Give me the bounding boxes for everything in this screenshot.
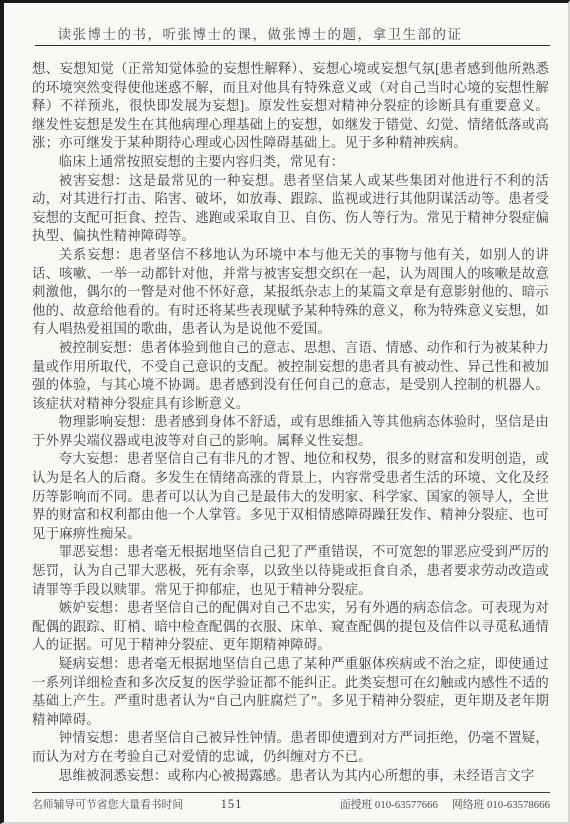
footer: 名师辅导可节省您大量看书时间 151 面授班 010-63577666 网络班 … [32, 797, 550, 812]
body-text: 想、妄想知觉（正常知觉体验的妄想性解释）、妄想心境或妄想气氛[患者感到他所熟悉的… [32, 60, 549, 785]
paragraph: 疑病妄想：患者毫无根据地坚信自己患了某种严重躯体疾病或不治之症，即使通过一系列详… [32, 655, 549, 729]
footer-contact-inperson: 面授班 010-63577666 [340, 797, 438, 812]
paragraph: 思维被洞悉妄想：或称内心被揭露感。患者认为其内心所想的事，未经语言文字 [32, 767, 549, 786]
paragraph: 临床上通常按照妄想的主要内容归类，常见有： [32, 153, 549, 172]
footer-left-note: 名师辅导可节省您大量看书时间 [32, 797, 183, 812]
paragraph: 罪恶妄想：患者毫无根据地坚信自己犯了严重错误，不可宽恕的罪恶应受到严厉的惩罚，认… [32, 543, 549, 599]
header-rule-divider [35, 45, 550, 46]
header-slogan: 读张博士的书，听张博士的课，做张博士的题，拿卫生部的证 [0, 23, 542, 43]
page-number: 151 [221, 797, 243, 812]
paragraph: 物理影响妄想：患者感到身体不舒适，或有思维插入等其他病态体验时，坚信是由于外界尖… [32, 413, 549, 450]
paragraph: 夸大妄想：患者坚信自己有非凡的才智、地位和权势，很多的财富和发明创造，或认为是名… [32, 450, 549, 543]
paragraph: 钟情妄想：患者坚信自己被异性钟情。患者即使遭到对方严词拒绝，仍毫不置疑，而认为对… [32, 729, 549, 766]
paragraph: 嫉妒妄想：患者坚信自己的配偶对自己不忠实，另有外遇的病态信念。可表现为对配偶的跟… [32, 599, 549, 655]
footer-rule-divider [32, 792, 550, 793]
paragraph: 被害妄想：这是最常见的一种妄想。患者坚信某人或某些集团对他进行不利的活动，对其进… [32, 172, 549, 246]
paragraph: 关系妄想：患者坚信不移地认为环境中本与他无关的事物与他有关，如别人的讲话、咳嗽、… [32, 246, 549, 339]
scanned-book-page: 读张博士的书，听张博士的课，做张博士的题，拿卫生部的证 想、妄想知觉（正常知觉体… [0, 0, 570, 824]
paragraph: 被控制妄想：患者体验到他自己的意志、思想、言语、情感、动作和行为被某种力量或作用… [32, 339, 549, 413]
footer-contacts: 面授班 010-63577666 网络班 010-63578666 [340, 797, 550, 812]
paragraph: 想、妄想知觉（正常知觉体验的妄想性解释）、妄想心境或妄想气氛[患者感到他所熟悉的… [32, 60, 549, 153]
footer-contact-online: 网络班 010-63578666 [452, 797, 550, 812]
